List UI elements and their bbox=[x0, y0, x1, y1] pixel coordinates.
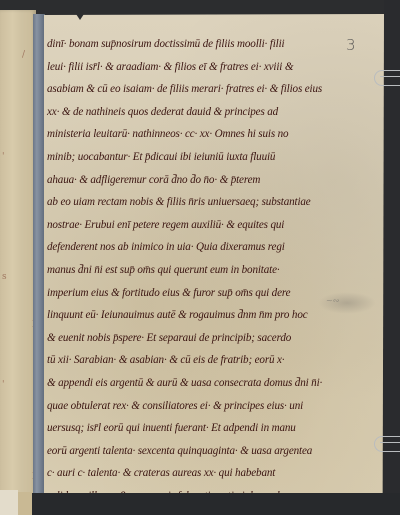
manuscript-line: eorū argenti talenta· sexcenta quinquag… bbox=[47, 440, 335, 463]
manuscript-line: quae obtulerat rex· & consiliatores ei· … bbox=[47, 395, 335, 418]
manuscript-line: tū xii· Sarabian· & asabian· & cū eis … bbox=[47, 349, 335, 372]
stub-lower-edge bbox=[18, 492, 32, 515]
paper-clip-bottom bbox=[374, 436, 400, 452]
manuscript-line: imperium eius & fortitudo eius & furor s… bbox=[47, 282, 335, 305]
stub-ink-mark: / bbox=[22, 50, 25, 60]
manuscript-line: asabiam & cū eo isaiam· de filiis merar… bbox=[47, 78, 335, 101]
manuscript-line: ahaua· & adfligeremur corā d̄no d̄o n̄o… bbox=[47, 169, 335, 192]
stub-lower-edge bbox=[0, 490, 18, 515]
manuscript-line: ab eo uiam rectam nobis & filiis n̄ris u… bbox=[47, 191, 335, 214]
manuscript-line: uersusq; isr̄l eorū qui inuenti fuerant… bbox=[47, 417, 335, 440]
manuscript-line: dinī· bonam sup̄nosirum doctissimū de … bbox=[47, 33, 335, 56]
manuscript-line: & euenit nobis p̄spere· Et separaui de p… bbox=[47, 327, 335, 350]
manuscript-line: manus d̄ni n̄i est sup̄ om̄s qui querunt… bbox=[47, 259, 335, 282]
preceding-leaf-stub: / ' s N ' N bbox=[0, 10, 36, 497]
folio-number: 3 bbox=[346, 36, 356, 54]
manuscript-line: & appendi eis argentū & aurū & uasa co… bbox=[47, 372, 335, 395]
manuscript-line: minib; uocabantur· Et p̄dicaui ibi ieiun… bbox=[47, 146, 335, 169]
manuscript-viewer: / ' s N ' N ~∾ 3 dinī· bonam sup̄nosiru… bbox=[0, 0, 400, 515]
binding-strip bbox=[33, 14, 45, 496]
stub-ink-mark: s bbox=[2, 272, 7, 282]
manuscript-line: c· auri c· talenta· & crateras aureas xx… bbox=[47, 462, 335, 485]
manuscript-line: nostrae· Erubui enī petere regem auxili… bbox=[47, 214, 335, 237]
paper-clip-top bbox=[374, 70, 400, 86]
background-bottom bbox=[32, 493, 400, 515]
manuscript-line: ministeria leuitarū· nathinneos· cc· xx… bbox=[47, 123, 335, 146]
manuscript-line: leui· filii isr̄l· & araadiam· & filios … bbox=[47, 56, 335, 79]
manuscript-line: linquunt eū· Ieiunauimus autē & rogaui… bbox=[47, 304, 335, 327]
manuscript-line: defenderent nos ab inimico in uia· Quia … bbox=[47, 236, 335, 259]
stub-ink-mark: ' bbox=[2, 380, 4, 390]
manuscript-line: xx· & de nathineis quos dederat dauid & … bbox=[47, 101, 335, 124]
text-block: dinī· bonam sup̄nosirum doctissimū de … bbox=[47, 33, 337, 507]
stub-ink-mark: ' bbox=[2, 152, 4, 162]
background-top bbox=[0, 0, 400, 16]
